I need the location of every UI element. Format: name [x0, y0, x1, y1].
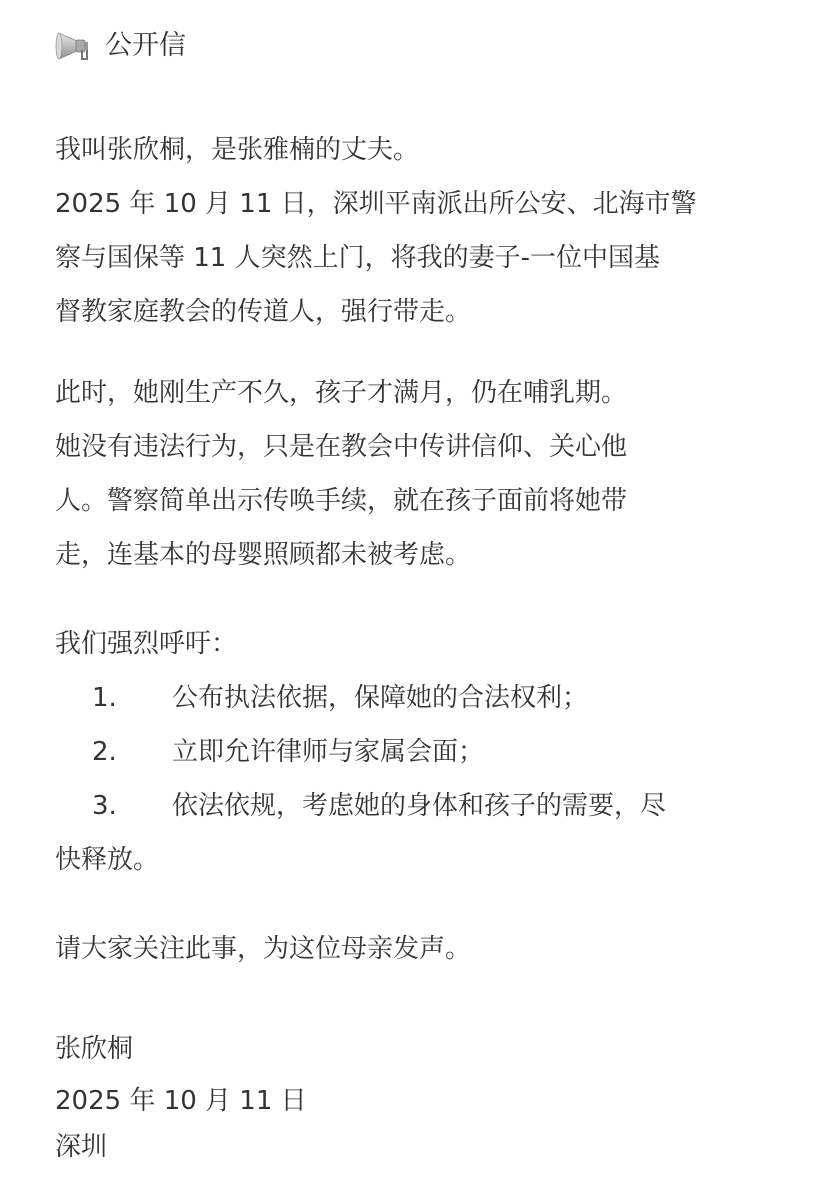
megaphone-icon: [55, 29, 95, 63]
demand-text: 立即允许律师与家属会面；: [172, 732, 484, 772]
text-line: 此时，她刚生产不久，孩子才满月，仍在哺乳期。: [55, 373, 627, 413]
text-line: 督教家庭教会的传道人，强行带走。: [55, 292, 471, 332]
letter-title: 公开信: [105, 26, 186, 66]
text-line: 走，连基本的母婴照顾都未被考虑。: [55, 535, 471, 575]
signature-place: 深圳: [55, 1127, 107, 1167]
text-line: 察与国保等 11 人突然上门，将我的妻子-一位中国基: [55, 238, 660, 278]
demand-text: 依法依规，考虑她的身体和孩子的需要，尽: [172, 786, 666, 826]
demand-continuation: 快释放。: [55, 840, 159, 880]
demand-text: 公布执法依据，保障她的合法权利；: [172, 678, 588, 718]
signature-name: 张欣桐: [55, 1029, 133, 1069]
text-line: 我叫张欣桐，是张雅楠的丈夫。: [55, 130, 419, 170]
text-line: 2025 年 10 月 11 日，深圳平南派出所公安、北海市警: [55, 184, 697, 224]
demand-number: 1.: [92, 678, 117, 718]
signature-date: 2025 年 10 月 11 日: [55, 1081, 307, 1121]
closing-line: 请大家关注此事，为这位母亲发声。: [55, 929, 471, 969]
text-line: 人。警察简单出示传唤手续，就在孩子面前将她带: [55, 481, 627, 521]
letter-header: 公开信: [55, 26, 186, 66]
appeal-heading: 我们强烈呼吁：: [55, 624, 237, 664]
demand-number: 2.: [92, 732, 117, 772]
text-line: 她没有违法行为，只是在教会中传讲信仰、关心他: [55, 427, 627, 467]
demand-number: 3.: [92, 786, 117, 826]
